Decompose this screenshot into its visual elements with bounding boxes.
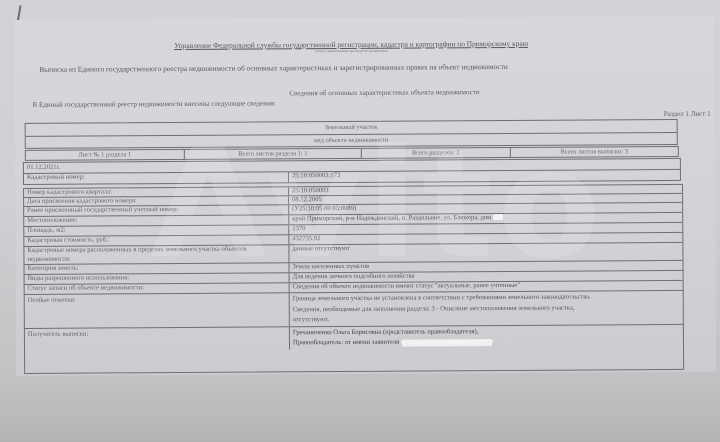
characteristics-table: Номер кадастрового квартала: 25:10:05000… [23, 184, 684, 374]
field-label: Кадастровая стоимость, руб.: [24, 235, 289, 246]
sheet-number: Лист № 1 раздела 1 [26, 150, 185, 160]
object-type-header: Земельный участок вид объекта недвижимос… [25, 119, 678, 149]
redaction-mark [493, 214, 503, 220]
field-label: Категория земель: [24, 263, 289, 274]
field-label: Номер кадастрового квартала: [24, 187, 289, 197]
extract-sheets-total: Всего листов выписки: 3 [511, 147, 678, 157]
table-row: Особые отметки: Граница земельного участ… [25, 291, 683, 329]
field-label: Особые отметки: [25, 293, 290, 328]
page-reference: Раздел 1 Лист 1 [664, 110, 711, 118]
section-sheets-total: Всего листов раздела 1: 1 [185, 149, 362, 159]
field-label: Ранее присвоенный государственный учетны… [24, 205, 289, 216]
table-row: Получатель выписки: Гречаниченко Ольга Б… [25, 325, 683, 351]
cadastral-number-label: Кадастровый номер: [24, 172, 289, 184]
document-title: Выписка из Единого государственного реес… [39, 62, 508, 74]
date-cadastral-table: 01.12.2021г. Кадастровый номер: 25:10:05… [23, 158, 681, 185]
field-value: данные отсутствуют [289, 243, 682, 262]
field-label: Виды разрешенного использования: [25, 273, 290, 284]
sections-total: Всего разделов: 2 [362, 148, 511, 158]
intro-text: В Единый государственный реестр недвижим… [32, 99, 275, 108]
photo-shadow [0, 380, 720, 442]
rights-holder: Правообладатель: от имени заявителя [293, 336, 683, 348]
field-label: Получатель выписки: [25, 327, 290, 351]
field-label: Дата присвоения кадастрового номера: [24, 196, 289, 206]
field-value: Граница земельного участка не установлен… [290, 291, 683, 326]
section-title: Сведения об основных характеристиках объ… [194, 88, 574, 98]
field-value: Гречаниченко Ольга Борисовна (представит… [290, 325, 683, 349]
rights-holder-text: Правообладатель: от имени заявителя [293, 339, 399, 347]
document-page: Управление Федеральной службы государств… [14, 16, 716, 376]
field-label: Площадь, м2: [24, 225, 289, 236]
extract-date: 01.12.2021г. [24, 163, 60, 173]
field-label: Статус записи об объекте недвижимости: [25, 283, 290, 294]
field-label: Кадастровые номера расположенных в преде… [24, 245, 289, 264]
location-text: край Приморский, р-н Надеждинский, п. Ра… [292, 214, 491, 222]
redaction-mark [401, 339, 493, 345]
field-label: Местоположение: [24, 215, 289, 226]
cadastral-number-value: 25:10:050003:173 [289, 170, 680, 182]
